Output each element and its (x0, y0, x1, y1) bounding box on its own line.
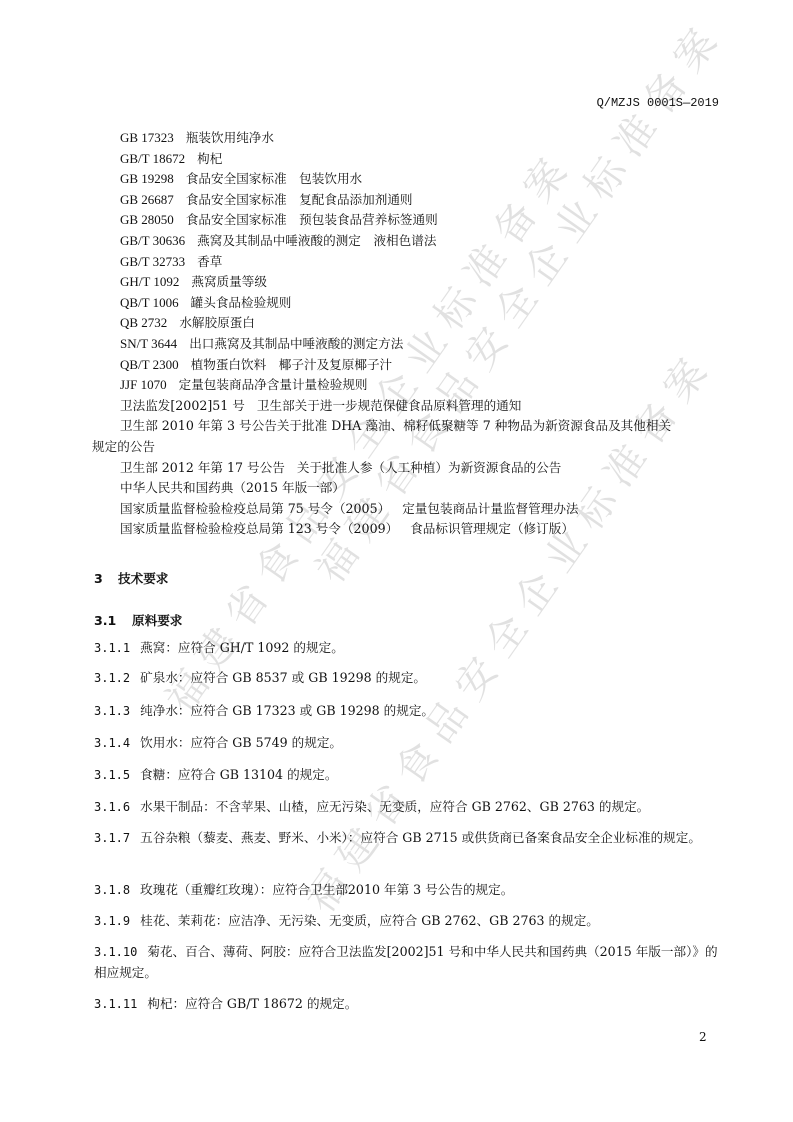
document-page: 福建省食品安全企业标准备案 福建省食品安全企业标准备案 福建省食品安全企业标准备… (0, 0, 793, 1122)
reference-item: 国家质量监督检验检疫总局第 75 号令（2005）定量包装商品计量监督管理办法 (120, 499, 730, 520)
clause-item: 3.1.6水果干制品：不含苹果、山楂，应无污染、无变质，应符合 GB 2762、… (94, 797, 730, 818)
reference-item: GB 26687食品安全国家标准 复配食品添加剂通则 (120, 190, 730, 211)
reference-item: GB/T 30636燕窝及其制品中唾液酸的测定 液相色谱法 (120, 231, 730, 252)
reference-item: QB/T 1006罐头食品检验规则 (120, 293, 730, 314)
reference-item: QB/T 2300植物蛋白饮料 椰子汁及复原椰子汁 (120, 355, 730, 376)
reference-item: GB 19298食品安全国家标准 包装饮用水 (120, 169, 730, 190)
reference-item: QB 2732水解胶原蛋白 (120, 313, 730, 334)
clause-item: 3.1.9桂花、茉莉花：应洁净、无污染、无变质，应符合 GB 2762、GB 2… (94, 911, 730, 932)
normative-references-list: GB 17323瓶装饮用纯净水 GB/T 18672枸杞 GB 19298食品安… (120, 128, 730, 540)
reference-item: GB/T 18672枸杞 (120, 149, 730, 170)
reference-item: SN/T 3644出口燕窝及其制品中唾液酸的测定方法 (120, 334, 730, 355)
clause-item: 3.1.10菊花、百合、薄荷、阿胶：应符合卫法监发[2002]51 号和中华人民… (94, 942, 730, 983)
clause-item: 3.1.4饮用水：应符合 GB 5749 的规定。 (94, 733, 730, 754)
reference-item: JJF 1070定量包装商品净含量计量检验规则 (120, 375, 730, 396)
reference-item: 国家质量监督检验检疫总局第 123 号令（2009）食品标识管理规定（修订版） (120, 519, 730, 540)
section-heading: 3技术要求 (94, 568, 168, 587)
clause-item: 3.1.8玫瑰花（重瓣红玫瑰）：应符合卫生部2010 年第 3 号公告的规定。 (94, 880, 730, 901)
reference-item: GB 28050食品安全国家标准 预包装食品营养标签通则 (120, 210, 730, 231)
reference-item: 卫生部 2012 年第 17 号公告关于批准人参（人工种植）为新资源食品的公告 (120, 458, 730, 479)
page-number: 2 (699, 1030, 707, 1044)
clause-item: 3.1.11枸杞：应符合 GB/T 18672 的规定。 (94, 994, 730, 1015)
subsection-heading: 3.1原料要求 (94, 610, 182, 629)
reference-item: GB 17323瓶装饮用纯净水 (120, 128, 730, 149)
reference-item: GH/T 1092燕窝质量等级 (120, 272, 730, 293)
clause-item: 3.1.7五谷杂粮（藜麦、燕麦、野米、小米）：应符合 GB 2715 或供货商已… (94, 828, 730, 849)
clause-item: 3.1.3纯净水：应符合 GB 17323 或 GB 19298 的规定。 (94, 701, 730, 722)
reference-item: 卫生部 2010 年第 3 号公告关于批准 DHA 藻油、棉籽低聚糖等 7 种物… (120, 416, 730, 457)
reference-item: 中华人民共和国药典（2015 年版一部） (120, 478, 730, 499)
clause-item: 3.1.1燕窝：应符合 GH/T 1092 的规定。 (94, 638, 730, 659)
standard-code: Q/MZJS 0001S—2019 (597, 96, 719, 110)
reference-item: 卫法监发[2002]51 号卫生部关于进一步规范保健食品原料管理的通知 (120, 396, 730, 417)
clause-item: 3.1.5食糖：应符合 GB 13104 的规定。 (94, 765, 730, 786)
reference-item: GB/T 32733香草 (120, 252, 730, 273)
clause-item: 3.1.2矿泉水：应符合 GB 8537 或 GB 19298 的规定。 (94, 668, 730, 689)
